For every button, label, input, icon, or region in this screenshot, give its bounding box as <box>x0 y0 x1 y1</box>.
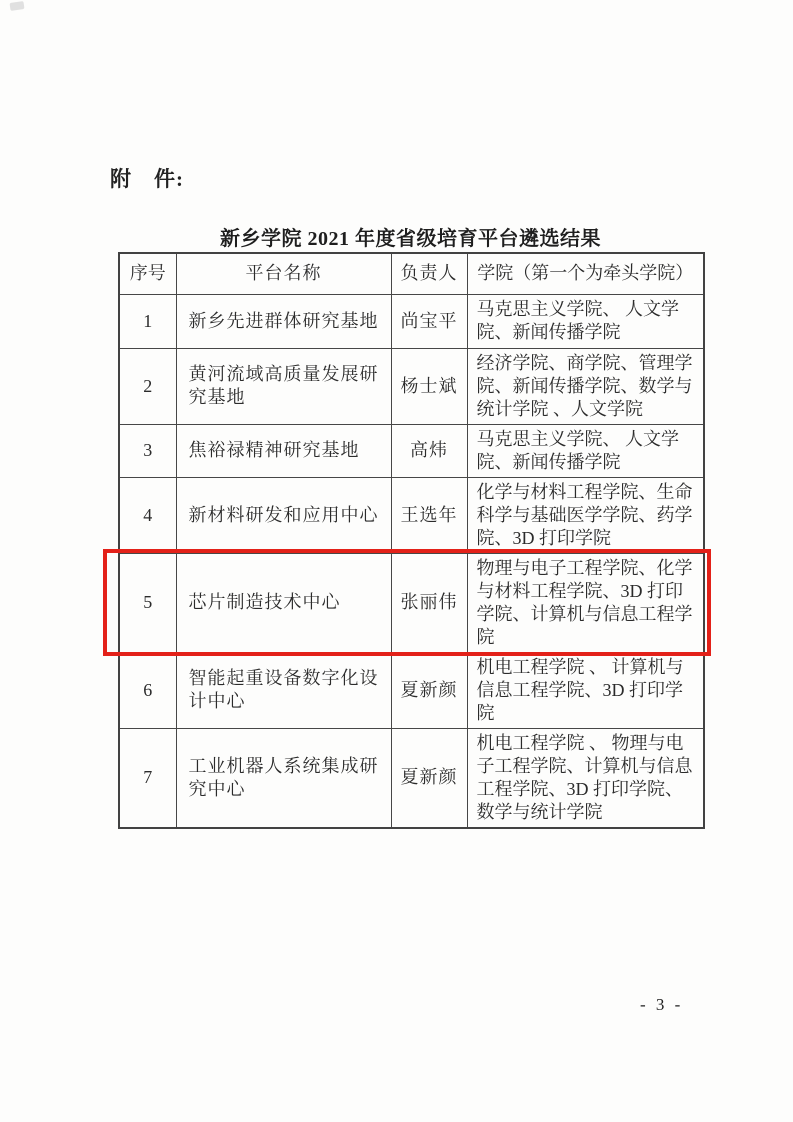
table-row-highlighted: 5 芯片制造技术中心 张丽伟 物理与电子工程学院、化学与材料工程学院、3D 打印… <box>119 553 704 652</box>
cell-leader: 杨士斌 <box>391 348 467 424</box>
cell-platform: 工业机器人系统集成研究中心 <box>176 728 391 828</box>
cell-leader: 尚宝平 <box>391 294 467 348</box>
cell-colleges: 化学与材料工程学院、生命科学与基础医学学院、药学院、3D 打印学院 <box>467 477 704 553</box>
table-row: 3 焦裕禄精神研究基地 高炜 马克思主义学院、 人文学院、新闻传播学院 <box>119 424 704 477</box>
cell-colleges: 马克思主义学院、 人文学院、新闻传播学院 <box>467 424 704 477</box>
cell-no: 6 <box>119 652 176 728</box>
table-row: 4 新材料研发和应用中心 王选年 化学与材料工程学院、生命科学与基础医学学院、药… <box>119 477 704 553</box>
cell-no: 3 <box>119 424 176 477</box>
cell-platform: 黄河流域高质量发展研究基地 <box>176 348 391 424</box>
cell-colleges: 马克思主义学院、 人文学院、新闻传播学院 <box>467 294 704 348</box>
attachment-label: 附 件: <box>110 163 184 193</box>
cell-platform: 新乡先进群体研究基地 <box>176 294 391 348</box>
cell-platform: 新材料研发和应用中心 <box>176 477 391 553</box>
table-row: 6 智能起重设备数字化设计中心 夏新颜 机电工程学院 、 计算机与信息工程学院、… <box>119 652 704 728</box>
table-header-row: 序号 平台名称 负责人 学院（第一个为牵头学院） <box>119 253 704 294</box>
cell-no: 5 <box>119 553 176 652</box>
document-page: 附 件: 新乡学院 2021 年度省级培育平台遴选结果 序号 平台名称 负责人 … <box>0 0 793 1122</box>
column-header-leader: 负责人 <box>391 253 467 294</box>
cell-colleges: 机电工程学院 、 计算机与信息工程学院、3D 打印学院 <box>467 652 704 728</box>
cell-platform: 焦裕禄精神研究基地 <box>176 424 391 477</box>
cell-leader: 夏新颜 <box>391 652 467 728</box>
cell-leader: 夏新颜 <box>391 728 467 828</box>
column-header-colleges: 学院（第一个为牵头学院） <box>467 253 704 294</box>
cell-leader: 高炜 <box>391 424 467 477</box>
cell-colleges: 机电工程学院 、 物理与电子工程学院、计算机与信息工程学院、3D 打印学院、数学… <box>467 728 704 828</box>
cell-no: 4 <box>119 477 176 553</box>
cell-no: 1 <box>119 294 176 348</box>
cell-leader: 王选年 <box>391 477 467 553</box>
page-number: - 3 - <box>640 995 683 1015</box>
column-header-no: 序号 <box>119 253 176 294</box>
document-title: 新乡学院 2021 年度省级培育平台遴选结果 <box>118 222 703 251</box>
table-row: 2 黄河流域高质量发展研究基地 杨士斌 经济学院、商学院、管理学院、新闻传播学院… <box>119 348 704 424</box>
cell-no: 2 <box>119 348 176 424</box>
scan-artifact <box>10 1 25 11</box>
cell-platform: 芯片制造技术中心 <box>176 553 391 652</box>
cell-platform: 智能起重设备数字化设计中心 <box>176 652 391 728</box>
cell-no: 7 <box>119 728 176 828</box>
cell-colleges: 物理与电子工程学院、化学与材料工程学院、3D 打印学院、计算机与信息工程学院 <box>467 553 704 652</box>
cell-colleges: 经济学院、商学院、管理学院、新闻传播学院、数学与统计学院 、人文学院 <box>467 348 704 424</box>
cell-leader: 张丽伟 <box>391 553 467 652</box>
table-row: 7 工业机器人系统集成研究中心 夏新颜 机电工程学院 、 物理与电子工程学院、计… <box>119 728 704 828</box>
column-header-platform: 平台名称 <box>176 253 391 294</box>
table-row: 1 新乡先进群体研究基地 尚宝平 马克思主义学院、 人文学院、新闻传播学院 <box>119 294 704 348</box>
results-table: 序号 平台名称 负责人 学院（第一个为牵头学院） 1 新乡先进群体研究基地 尚宝… <box>118 252 705 829</box>
